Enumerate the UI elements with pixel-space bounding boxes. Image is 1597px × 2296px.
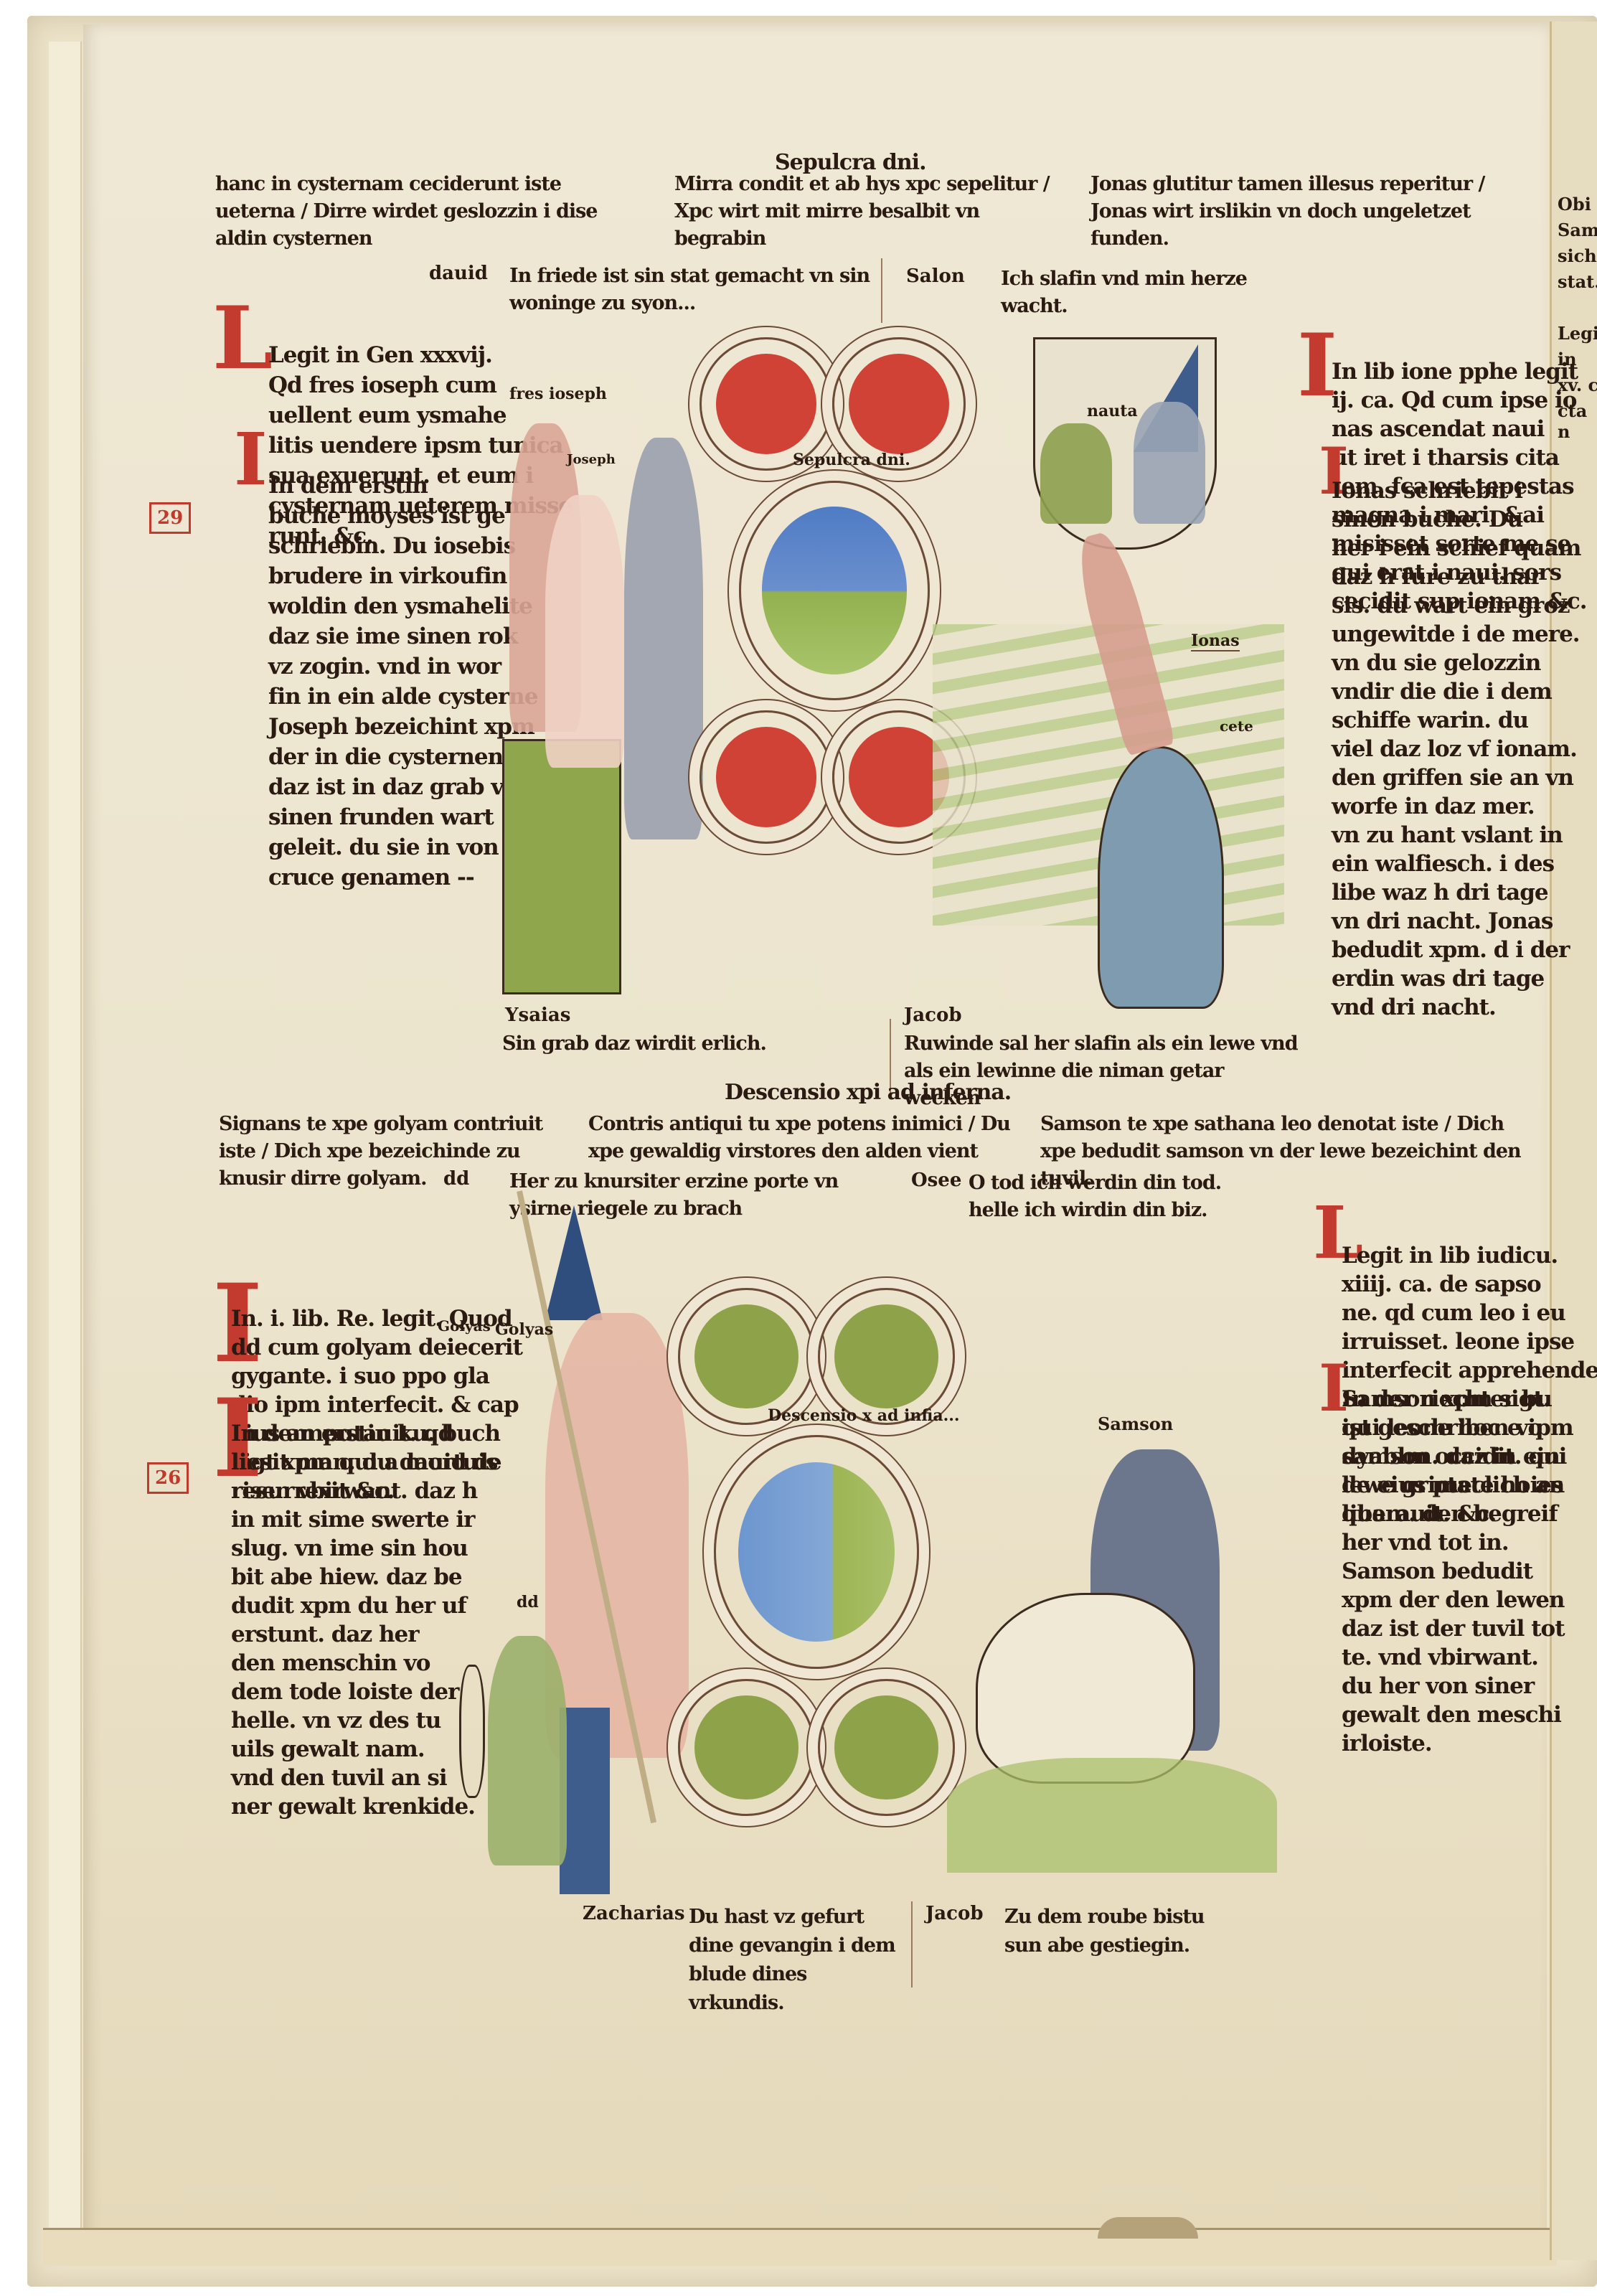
next-page-text: stat. [1558,271,1597,292]
text-line: Legit in lib iudicu. [1342,1241,1597,1270]
label-david: dd [517,1593,539,1612]
text-line: vndir die die i dem [1332,677,1580,706]
prophet-scroll-jacob: Zu dem roube bistu sun abe gestiegin. [1004,1903,1241,1960]
prophet-scroll-david: In friede ist sin stat gemacht vn sin wo… [509,263,882,317]
prophet-name-ysaias: Ysaias [505,1004,570,1026]
text-line: schiffe warin. du [1332,706,1580,735]
text-line: daz h fure zu thar [1332,563,1580,591]
text-line: In lib ione pphe legit [1332,357,1587,386]
initial-L: L [212,296,273,382]
joseph-figure [545,495,624,768]
text-line: quam. den begreif [1342,1500,1565,1528]
text-line: ne. qd cum leo i eu [1342,1299,1597,1327]
text-line: vnd dri nacht. [1332,993,1580,1022]
medallion-descent [714,1435,919,1669]
prophet-scroll-salon: Ich slafin vnd min herze wacht. [1001,265,1288,320]
prophet-name-jacob: Jacob [925,1903,984,1924]
text-line: xiiij. ca. de sapso [1342,1270,1597,1299]
medallion-isaiah [678,1679,815,1816]
text-line: woldin den ysmahelite [268,591,537,621]
text-line: daz ist in daz grab von [268,772,537,802]
text-line: her vnd tot in. [1342,1528,1565,1557]
goliath-figure [545,1313,689,1758]
whale [1098,746,1224,1009]
medallion-jacob [818,1679,955,1816]
medallion-david [678,1288,815,1425]
text-line: bedudit xpm. d i der [1332,936,1580,964]
prophet-name-david: dauid [429,263,488,284]
text-line: daz sie ime sinen rok [268,621,537,651]
column-rule [881,258,882,323]
david-figure [488,1636,567,1865]
illustration-entombment: fres ioseph Joseph Sepulcra dni. nauta I… [502,316,1284,1012]
folio-bottom-edge [43,2228,1557,2266]
section-2-title: Descensio xpi ad inferna. [725,1082,1011,1104]
medallion-osee [818,1288,955,1425]
label-fres-ioseph: fres ioseph [509,385,607,403]
text-line: ist geschriben vo [1342,1413,1565,1442]
text-line: vn zu hant vslant in [1332,821,1580,850]
text-line: her i ein schief quam [1332,534,1580,563]
text-line: ij. ca. Qd cum ipse io [1332,386,1587,415]
text-line: vn dri nacht. Jonas [1332,907,1580,936]
text-line: buche moyses ist ge [268,501,537,531]
next-page-text: Obi [1558,194,1591,215]
text-line: sis. du wart ein groz [1332,591,1580,620]
prophet-name-osee: Osee [911,1170,961,1191]
text-line: In dem erstin [268,471,537,501]
initial-I: I [234,423,268,495]
goliath-helmet [545,1205,603,1320]
cistern-well [502,739,621,994]
text-line: nas ascendat naui [1332,415,1587,443]
typology-caption-right: Jonas glutitur tamen illesus reperitur /… [1090,171,1528,253]
label-samson: Samson [1098,1413,1173,1434]
label-ionas: Ionas [1191,631,1240,651]
next-page-text: sich [1558,245,1597,266]
sailor-figure [1040,423,1112,524]
text-line: viel daz loz vf ionam. [1332,735,1580,763]
left-column-german-paragraph: In dem erstinbuche moyses ist geschriebi… [268,441,537,923]
text-line: cruce genamen -- [268,862,537,893]
illustration-harrowing-of-hell: Golyas Golyas dd Descensio x ad infia...… [445,1191,1291,1909]
text-line: vz zogin. vnd in wor [268,651,537,682]
text-line: Joseph bezeichint xpm [268,712,537,742]
text-line: te. vnd vbirwant. [1342,1643,1565,1672]
label-golyas: Golyas [495,1320,553,1339]
lion [976,1593,1195,1784]
sailor-figure [1134,402,1205,524]
text-line: sinen frunden wart [268,802,537,832]
typology-caption-center: Mirra condit et ab hys xpc sepelitur / X… [674,171,1076,253]
brother-figure [624,438,703,839]
prophet-name-zacharias: Zacharias [583,1903,684,1924]
typology-caption-center: Contris antiqui tu xpe potens inimici / … [588,1111,1026,1165]
text-line: ein walfiesch. i des [1332,850,1580,878]
typology-caption-left: hanc in cysternam ceciderunt iste uetern… [215,171,617,253]
text-line: samson. daz in ein [1342,1442,1565,1471]
text-line: vn du sie gelozzin [1332,649,1580,677]
prophet-name-jacob: Jacob [904,1004,962,1026]
column-rule [911,1901,913,1987]
text-line: In der riechter bu [1342,1385,1565,1413]
sling [459,1665,485,1798]
text-line: brudere in virkoufin [268,561,537,591]
text-line: schriebin. Du iosebis [268,531,537,561]
medallion-caption: Sepulcra dni. [793,451,910,469]
text-line: irruisset. leone ipse [1342,1327,1597,1356]
text-line: lewe grimeclich an [1342,1471,1565,1500]
text-line: daz ist der tuvil tot [1342,1614,1565,1643]
prophet-name-david: dd [443,1168,469,1190]
medallion-isaiah [699,710,833,844]
medallion-entombment [739,481,930,700]
right-column-german-paragraph: Ionas schriebit isinen buche. Duher i ei… [1332,448,1580,1050]
text-line: sinen buche. Du [1332,505,1580,534]
label-nauta: nauta [1087,402,1138,420]
text-line: gewalt den meschi [1342,1700,1565,1729]
text-line: geleit. du sie in von de [268,832,537,862]
grass-mound [947,1758,1277,1873]
prophet-scroll-ysaias: Sin grab daz wirdit erlich. [502,1030,875,1058]
text-line: der in die cysternen. [268,742,537,772]
text-line: irloiste. [1342,1729,1565,1758]
spine-guard-strip [49,42,82,2244]
text-line: Ionas schriebit i [1332,476,1580,505]
text-line: den griffen sie an vn [1332,763,1580,792]
prophet-name-salon: Salon [906,265,965,287]
text-line: fin in ein alde cysterne [268,682,537,712]
text-line: du her von siner [1342,1672,1565,1700]
folio-mark: 26 [147,1462,189,1494]
folio-mark: 29 [149,502,191,534]
parchment-repair [1098,2217,1198,2239]
text-line: Samson bedudit [1342,1557,1565,1586]
goliath-legs [560,1708,610,1894]
text-line: xpm der den lewen [1342,1586,1565,1614]
next-page-text: Sam [1558,220,1597,240]
label-cete: cete [1220,717,1253,735]
right-column-german-paragraph: In der riechter buist geschriben vosamso… [1342,1356,1565,1787]
text-line: worfe in daz mer. [1332,792,1580,821]
prophet-scroll-zacharias: Du hast vz gefurt dine gevangin i dem bl… [689,1903,904,2018]
label-golyas: Golyas [438,1317,491,1335]
text-line: ungewitde i de mere. [1332,620,1580,649]
label-joseph: Joseph [567,452,616,467]
text-line: libe waz h dri tage [1332,878,1580,907]
medallion-caption: Descensio x ad infia... [768,1406,960,1425]
text-line: erdin was dri tage [1332,964,1580,993]
